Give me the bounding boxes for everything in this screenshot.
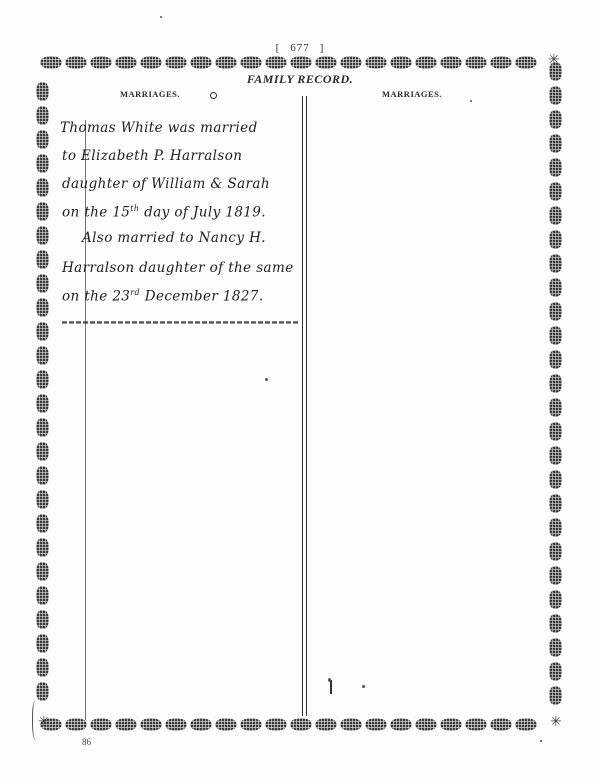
- paper-speck: [265, 378, 268, 381]
- border-bead-icon: [465, 56, 487, 69]
- border-bead-icon: [90, 56, 112, 69]
- border-bead-icon: [549, 494, 562, 513]
- border-bead-icon: [549, 86, 562, 105]
- footer-page-mark: 86: [82, 737, 91, 747]
- border-bead-icon: [549, 278, 562, 297]
- border-bead-icon: [36, 250, 49, 269]
- border-bead-icon: [315, 56, 337, 69]
- border-bead-icon: [36, 586, 49, 605]
- page-number-value: 677: [290, 42, 310, 54]
- border-bead-icon: [36, 178, 49, 197]
- border-bead-icon: [490, 718, 512, 731]
- border-bead-icon: [36, 514, 49, 533]
- entry-line-4: on the 15th day of July 1819.: [62, 204, 266, 221]
- center-column-rule: [302, 96, 303, 716]
- border-bead-icon: [290, 718, 312, 731]
- closing-flourish: [62, 318, 298, 326]
- ornamental-border-top: [40, 56, 560, 69]
- border-bead-icon: [36, 538, 49, 557]
- border-bead-icon: [390, 56, 412, 69]
- border-bead-icon: [549, 518, 562, 537]
- border-bead-icon: [549, 638, 562, 657]
- border-bead-icon: [215, 718, 237, 731]
- border-bead-icon: [140, 718, 162, 731]
- border-bead-icon: [36, 418, 49, 437]
- border-bead-icon: [549, 590, 562, 609]
- corner-star-icon-bottom-right: ✳: [550, 716, 562, 730]
- border-bead-icon: [36, 346, 49, 365]
- entry-line-5: Also married to Nancy H.: [82, 230, 266, 246]
- border-bead-icon: [549, 422, 562, 441]
- border-bead-icon: [549, 662, 562, 681]
- entry-line-4-end: day of July 1819.: [139, 205, 266, 221]
- border-bead-icon: [36, 274, 49, 293]
- entry-line-7-start: on the 23: [62, 289, 130, 305]
- ink-dot-mark: [210, 92, 217, 99]
- border-bead-icon: [549, 686, 562, 705]
- border-bead-icon: [390, 718, 412, 731]
- paper-speck: [470, 100, 472, 102]
- border-bead-icon: [549, 542, 562, 561]
- entry-line-2: to Elizabeth P. Harralson: [62, 148, 242, 164]
- border-bead-icon: [549, 254, 562, 273]
- border-bead-icon: [549, 470, 562, 489]
- right-column-heading: MARRIAGES.: [382, 89, 442, 99]
- ornamental-border-left: [36, 82, 49, 712]
- border-bead-icon: [190, 718, 212, 731]
- ornamental-border-bottom: [40, 718, 560, 731]
- border-bead-icon: [549, 326, 562, 345]
- border-bead-icon: [549, 134, 562, 153]
- border-bead-icon: [115, 718, 137, 731]
- border-bead-icon: [549, 230, 562, 249]
- border-bead-icon: [215, 56, 237, 69]
- border-bead-icon: [340, 56, 362, 69]
- border-bead-icon: [65, 718, 87, 731]
- entry-line-7-sup: rd: [130, 288, 140, 297]
- margin-bracket-mark: [32, 700, 41, 740]
- border-bead-icon: [65, 56, 87, 69]
- border-bead-icon: [36, 658, 49, 677]
- border-bead-icon: [36, 226, 49, 245]
- entry-line-4-start: on the 15: [62, 205, 130, 221]
- border-bead-icon: [36, 490, 49, 509]
- border-bead-icon: [290, 56, 312, 69]
- border-bead-icon: [140, 56, 162, 69]
- paper-speck: [362, 685, 365, 688]
- border-bead-icon: [240, 718, 262, 731]
- border-bead-icon: [549, 158, 562, 177]
- border-bead-icon: [36, 130, 49, 149]
- border-bead-icon: [549, 446, 562, 465]
- border-bead-icon: [36, 370, 49, 389]
- border-bead-icon: [40, 56, 62, 69]
- border-bead-icon: [549, 182, 562, 201]
- border-bead-icon: [36, 634, 49, 653]
- border-bead-icon: [490, 56, 512, 69]
- border-bead-icon: [36, 682, 49, 701]
- border-bead-icon: [549, 302, 562, 321]
- border-bead-icon: [265, 718, 287, 731]
- border-bead-icon: [415, 718, 437, 731]
- border-bead-icon: [440, 56, 462, 69]
- border-bead-icon: [36, 298, 49, 317]
- paper-speck: [160, 16, 162, 18]
- page-number-open-bracket: [: [276, 42, 281, 54]
- left-column-heading: MARRIAGES.: [120, 89, 180, 99]
- border-bead-icon: [36, 394, 49, 413]
- border-bead-icon: [549, 350, 562, 369]
- border-bead-icon: [36, 610, 49, 629]
- entry-line-6: Harralson daughter of the same: [62, 260, 294, 276]
- border-bead-icon: [36, 466, 49, 485]
- border-bead-icon: [415, 56, 437, 69]
- border-bead-icon: [36, 202, 49, 221]
- border-bead-icon: [36, 154, 49, 173]
- border-bead-icon: [549, 566, 562, 585]
- corner-star-icon-top-right: ✳: [548, 54, 560, 68]
- border-bead-icon: [36, 562, 49, 581]
- entry-line-3: daughter of William & Sarah: [62, 176, 270, 192]
- border-bead-icon: [265, 56, 287, 69]
- entry-line-1: Thomas White was married: [60, 120, 258, 136]
- page-title: FAMILY RECORD.: [0, 72, 600, 87]
- border-bead-icon: [549, 110, 562, 129]
- record-page: [677] ✳ ✳ ✳ FAMILY RECORD. MARRIAGES. MA…: [0, 0, 600, 784]
- border-bead-icon: [315, 718, 337, 731]
- border-bead-icon: [515, 56, 537, 69]
- border-bead-icon: [365, 56, 387, 69]
- entry-line-7: on the 23rd December 1827.: [62, 288, 264, 305]
- paper-speck: [540, 740, 542, 742]
- border-bead-icon: [549, 398, 562, 417]
- border-bead-icon: [549, 206, 562, 225]
- border-bead-icon: [36, 442, 49, 461]
- border-bead-icon: [440, 718, 462, 731]
- pen-mark: [330, 680, 332, 694]
- ornamental-border-right: [549, 62, 562, 712]
- border-bead-icon: [90, 718, 112, 731]
- paper-speck: [328, 678, 331, 682]
- border-bead-icon: [340, 718, 362, 731]
- border-bead-icon: [240, 56, 262, 69]
- page-number: [677]: [0, 42, 600, 54]
- border-bead-icon: [549, 374, 562, 393]
- center-column-rule-double: [306, 96, 307, 716]
- border-bead-icon: [365, 718, 387, 731]
- page-number-close-bracket: ]: [320, 42, 325, 54]
- border-bead-icon: [36, 322, 49, 341]
- border-bead-icon: [190, 56, 212, 69]
- border-bead-icon: [36, 106, 49, 125]
- border-bead-icon: [165, 718, 187, 731]
- border-bead-icon: [465, 718, 487, 731]
- border-bead-icon: [549, 614, 562, 633]
- entry-line-7-end: December 1827.: [140, 289, 263, 305]
- border-bead-icon: [515, 718, 537, 731]
- border-bead-icon: [165, 56, 187, 69]
- border-bead-icon: [115, 56, 137, 69]
